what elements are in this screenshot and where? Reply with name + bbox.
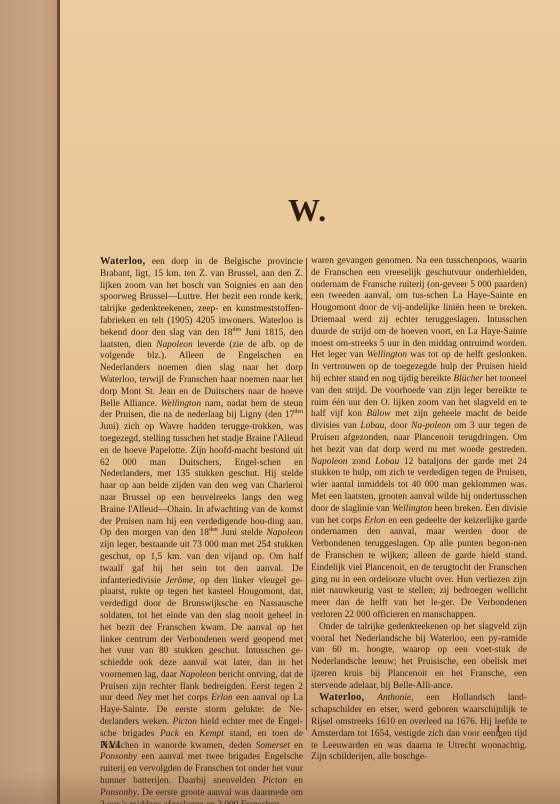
- right-column: waren gevangen genomen. Na een tusschenp…: [311, 256, 527, 764]
- headword: Waterloo,: [319, 692, 364, 703]
- page-shadow: [0, 770, 560, 804]
- left-column: Waterloo, een dorp in de Belgische provi…: [100, 256, 303, 804]
- signature-mark: XVI: [101, 740, 121, 751]
- entry-waterloo-village: Waterloo, een dorp in de Belgische provi…: [100, 256, 303, 804]
- headword: Waterloo,: [100, 256, 145, 267]
- previous-page-edge: [0, 0, 58, 804]
- sheet-number: 1: [496, 724, 501, 734]
- entry-waterloo-anthonie: Waterloo, Anthonie, een Hollandsch land-…: [311, 692, 527, 764]
- section-letter-heading: W.: [288, 192, 327, 229]
- entry-waterloo-continued: waren gevangen genomen. Na een tusschenp…: [311, 256, 527, 622]
- column-divider: [306, 258, 307, 730]
- paragraph-monuments: Onder de talrijke gedenkteekenen op het …: [311, 622, 527, 693]
